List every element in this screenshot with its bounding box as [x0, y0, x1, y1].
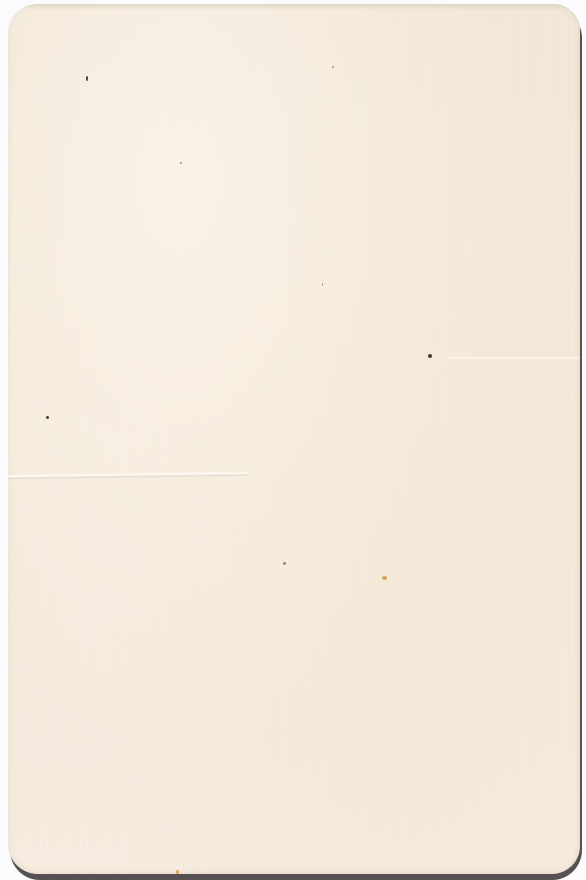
- speck: [180, 162, 182, 164]
- speck: [283, 562, 286, 565]
- speck: [428, 354, 432, 358]
- photo-scene: [0, 0, 586, 880]
- card-back: [8, 4, 580, 874]
- speck: [322, 283, 323, 286]
- speck: [86, 76, 88, 81]
- card-top-edge: [8, 4, 580, 10]
- speck: [332, 66, 334, 68]
- speck: [46, 416, 49, 419]
- paper-crease: [8, 471, 248, 480]
- speck: [382, 576, 387, 580]
- speck: [176, 870, 179, 874]
- paper-crease-right: [448, 356, 580, 360]
